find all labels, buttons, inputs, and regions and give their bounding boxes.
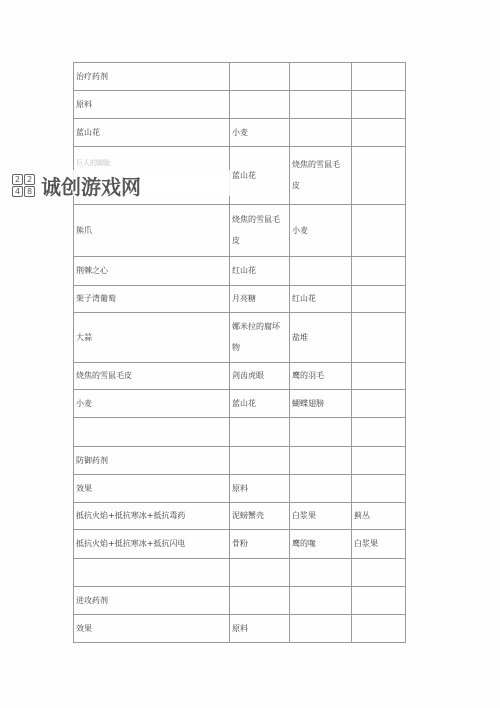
- table-cell: 蓝山花: [74, 119, 230, 147]
- cell-text: 巨人的脚趾: [76, 159, 111, 167]
- table-cell: [352, 587, 406, 615]
- cell-text: 烧焦的雪鼠毛皮: [76, 371, 132, 380]
- table-row: 原料: [74, 91, 406, 119]
- table-cell: [74, 418, 230, 447]
- table-cell: 效果: [74, 475, 230, 503]
- cell-text: 鹰的喙: [292, 539, 316, 548]
- table-cell: [352, 363, 406, 390]
- table-row: 防御药剂: [74, 447, 406, 475]
- table-cell: 娜米拉的腐坏物: [230, 313, 290, 363]
- table-cell: 鹰的羽毛: [290, 363, 352, 390]
- table-row: 效果原料: [74, 615, 406, 643]
- table-cell: 小麦: [290, 205, 352, 257]
- cell-text: 抵抗火焰+抵抗寒冰+抵抗闪电: [76, 539, 185, 548]
- table-cell: 骨粉: [230, 530, 290, 559]
- table-cell: 泥螃蟹壳: [230, 503, 290, 530]
- table-cell: 蓝山花: [230, 147, 290, 205]
- cell-text: 白浆果: [292, 511, 316, 520]
- table-row: 进攻药剂: [74, 587, 406, 615]
- table-cell: 荆棘之心: [74, 257, 230, 286]
- cell-text: 原料: [232, 484, 248, 493]
- cell-text: 蓟丛: [354, 511, 370, 520]
- cell-text: 原料: [232, 624, 248, 633]
- table-cell: 原料: [74, 91, 230, 119]
- table-cell: [290, 418, 352, 447]
- table-cell: 治疗药剂: [74, 63, 230, 91]
- table-cell: 原料: [230, 615, 290, 643]
- table-row: 蓝山花小麦: [74, 119, 406, 147]
- table-cell: [290, 119, 352, 147]
- cell-text: 鹰的羽毛: [292, 371, 324, 380]
- table-row: 小麦蓝山花蝴蝶翅膀: [74, 390, 406, 418]
- cell-text: 小麦: [232, 128, 248, 137]
- table-cell: 蝴蝶翅膀: [290, 390, 352, 418]
- cell-text: 荆棘之心: [76, 266, 108, 275]
- cell-text: 泥螃蟹壳: [232, 511, 264, 520]
- table-cell: [352, 257, 406, 286]
- cell-text: 效果: [76, 624, 92, 633]
- cell-text-line: 皮: [232, 235, 287, 247]
- table-cell: [352, 390, 406, 418]
- table-cell: [352, 559, 406, 587]
- cell-text: 小麦: [292, 226, 308, 235]
- cell-text: 原料: [76, 100, 92, 109]
- table-cell: [352, 447, 406, 475]
- table-cell: 防御药剂: [74, 447, 230, 475]
- cell-text: 盐堆: [292, 333, 308, 342]
- table-cell: [290, 587, 352, 615]
- table-cell: 蓟丛: [352, 503, 406, 530]
- table-cell: [290, 447, 352, 475]
- table-row: [74, 418, 406, 447]
- table-cell: 烧焦的雪鼠毛皮: [230, 205, 290, 257]
- table-cell: [352, 147, 406, 205]
- table-cell: 红山花: [230, 257, 290, 286]
- cell-text: 白浆果: [354, 539, 378, 548]
- table-cell: 小麦: [74, 390, 230, 418]
- table-cell: [290, 559, 352, 587]
- table-cell: [352, 475, 406, 503]
- table-cell: [230, 63, 290, 91]
- table-row: [74, 559, 406, 587]
- table-cell: [290, 91, 352, 119]
- table-cell: [352, 91, 406, 119]
- table-cell: [290, 63, 352, 91]
- watermark-text: 诚创游戏网: [41, 171, 141, 200]
- site-watermark: 2 2 4 8 诚创游戏网: [12, 168, 227, 202]
- table-row: 架子湾葡萄月亮糖红山花: [74, 286, 406, 313]
- table-cell: 月亮糖: [230, 286, 290, 313]
- cell-text: 剑齿虎眼: [232, 371, 264, 380]
- table-cell: 原料: [230, 475, 290, 503]
- table-cell: 烧焦的雪鼠毛皮: [290, 147, 352, 205]
- table-row: 治疗药剂: [74, 63, 406, 91]
- cell-text: 进攻药剂: [76, 596, 108, 605]
- table-cell: [352, 63, 406, 91]
- table-cell: [352, 205, 406, 257]
- cell-text: 治疗药剂: [76, 72, 108, 81]
- cell-text-line: 皮: [292, 180, 349, 192]
- cell-text-line: 物: [232, 342, 287, 354]
- table-cell: 剑齿虎眼: [230, 363, 290, 390]
- table-cell: 鹰的喙: [290, 530, 352, 559]
- table-cell: [352, 313, 406, 363]
- table-cell: 白浆果: [290, 503, 352, 530]
- cell-text: 月亮糖: [232, 294, 256, 303]
- table-cell: [290, 257, 352, 286]
- table-cell: [352, 615, 406, 643]
- logo-digit: 4: [12, 186, 23, 197]
- table-cell: 红山花: [290, 286, 352, 313]
- table-cell: 抵抗火焰+抵抗寒冰+抵抗闪电: [74, 530, 230, 559]
- table-cell: [352, 286, 406, 313]
- cell-text-line: 烧焦的雪鼠毛: [232, 214, 287, 226]
- table-cell: 进攻药剂: [74, 587, 230, 615]
- cell-text: 大蒜: [76, 333, 92, 342]
- table-cell: [352, 119, 406, 147]
- cell-text: 蓝山花: [76, 128, 100, 137]
- cell-text: 红山花: [232, 266, 256, 275]
- table-cell: 大蒜: [74, 313, 230, 363]
- table-cell: 熊爪: [74, 205, 230, 257]
- watermark-logo-icon: 2 2 4 8: [12, 174, 35, 197]
- cell-text: 架子湾葡萄: [76, 294, 116, 303]
- table-row: 大蒜娜米拉的腐坏物盐堆: [74, 313, 406, 363]
- cell-text: 效果: [76, 484, 92, 493]
- cell-text: 骨粉: [232, 539, 248, 548]
- table-row: 抵抗火焰+抵抗寒冰+抵抗闪电骨粉鹰的喙白浆果: [74, 530, 406, 559]
- table-cell: 小麦: [230, 119, 290, 147]
- table-cell: 抵抗火焰+抵抗寒冰+抵抗毒药: [74, 503, 230, 530]
- cell-text: 蓝山花: [232, 171, 256, 180]
- table-cell: 白浆果: [352, 530, 406, 559]
- table-row: 抵抗火焰+抵抗寒冰+抵抗毒药泥螃蟹壳白浆果蓟丛: [74, 503, 406, 530]
- document-page: 治疗药剂原料蓝山花小麦巨人的脚趾蓝山花烧焦的雪鼠毛皮熊爪烧焦的雪鼠毛皮小麦荆棘之…: [0, 0, 500, 708]
- cell-text: 小麦: [76, 399, 92, 408]
- table-cell: [230, 559, 290, 587]
- cell-text: 蝴蝶翅膀: [292, 399, 324, 408]
- cell-text: 熊爪: [76, 226, 92, 235]
- table-cell: [352, 418, 406, 447]
- table-cell: [230, 587, 290, 615]
- table-row: 熊爪烧焦的雪鼠毛皮小麦: [74, 205, 406, 257]
- cell-text: 防御药剂: [76, 456, 108, 465]
- table-cell: [290, 615, 352, 643]
- table-row: 荆棘之心红山花: [74, 257, 406, 286]
- cell-text-line: 娜米拉的腐坏: [232, 321, 287, 333]
- table-cell: [230, 447, 290, 475]
- table-cell: [230, 91, 290, 119]
- table-cell: 蓝山花: [230, 390, 290, 418]
- table-cell: 架子湾葡萄: [74, 286, 230, 313]
- table-row: 效果原料: [74, 475, 406, 503]
- logo-digit: 2: [24, 174, 35, 185]
- table-cell: 盐堆: [290, 313, 352, 363]
- table-row: 烧焦的雪鼠毛皮剑齿虎眼鹰的羽毛: [74, 363, 406, 390]
- table-cell: [74, 559, 230, 587]
- cell-text: 蓝山花: [232, 399, 256, 408]
- table-cell: 烧焦的雪鼠毛皮: [74, 363, 230, 390]
- table-cell: 效果: [74, 615, 230, 643]
- cell-text: 抵抗火焰+抵抗寒冰+抵抗毒药: [76, 511, 185, 520]
- table-cell: [290, 475, 352, 503]
- potion-ingredient-table: 治疗药剂原料蓝山花小麦巨人的脚趾蓝山花烧焦的雪鼠毛皮熊爪烧焦的雪鼠毛皮小麦荆棘之…: [73, 62, 406, 643]
- table-cell: [230, 418, 290, 447]
- logo-digit: 2: [12, 174, 23, 185]
- cell-text: 红山花: [292, 294, 316, 303]
- logo-digit: 8: [24, 186, 35, 197]
- cell-text-line: 烧焦的雪鼠毛: [292, 159, 349, 171]
